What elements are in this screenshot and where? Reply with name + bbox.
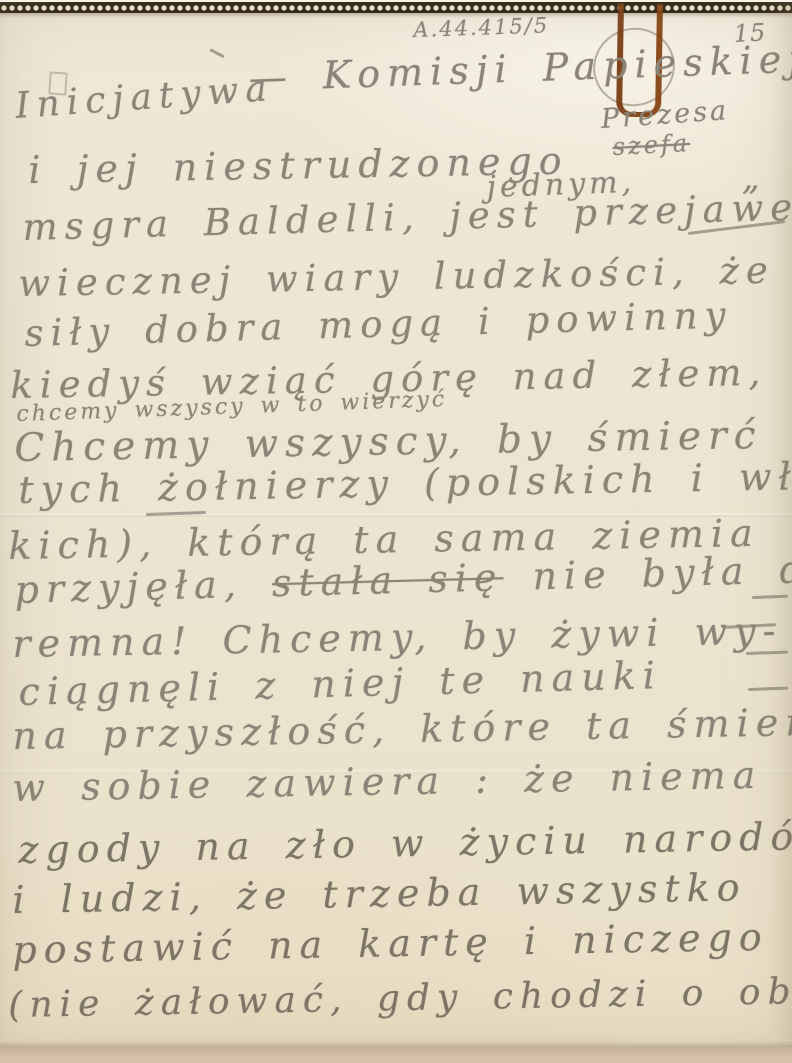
scan-vignette <box>0 2 792 1050</box>
letter-scan: A.44.415/5 15 Inicjatywa — Komisji Papie… <box>0 0 792 1063</box>
scan-background-strip <box>0 1047 792 1063</box>
